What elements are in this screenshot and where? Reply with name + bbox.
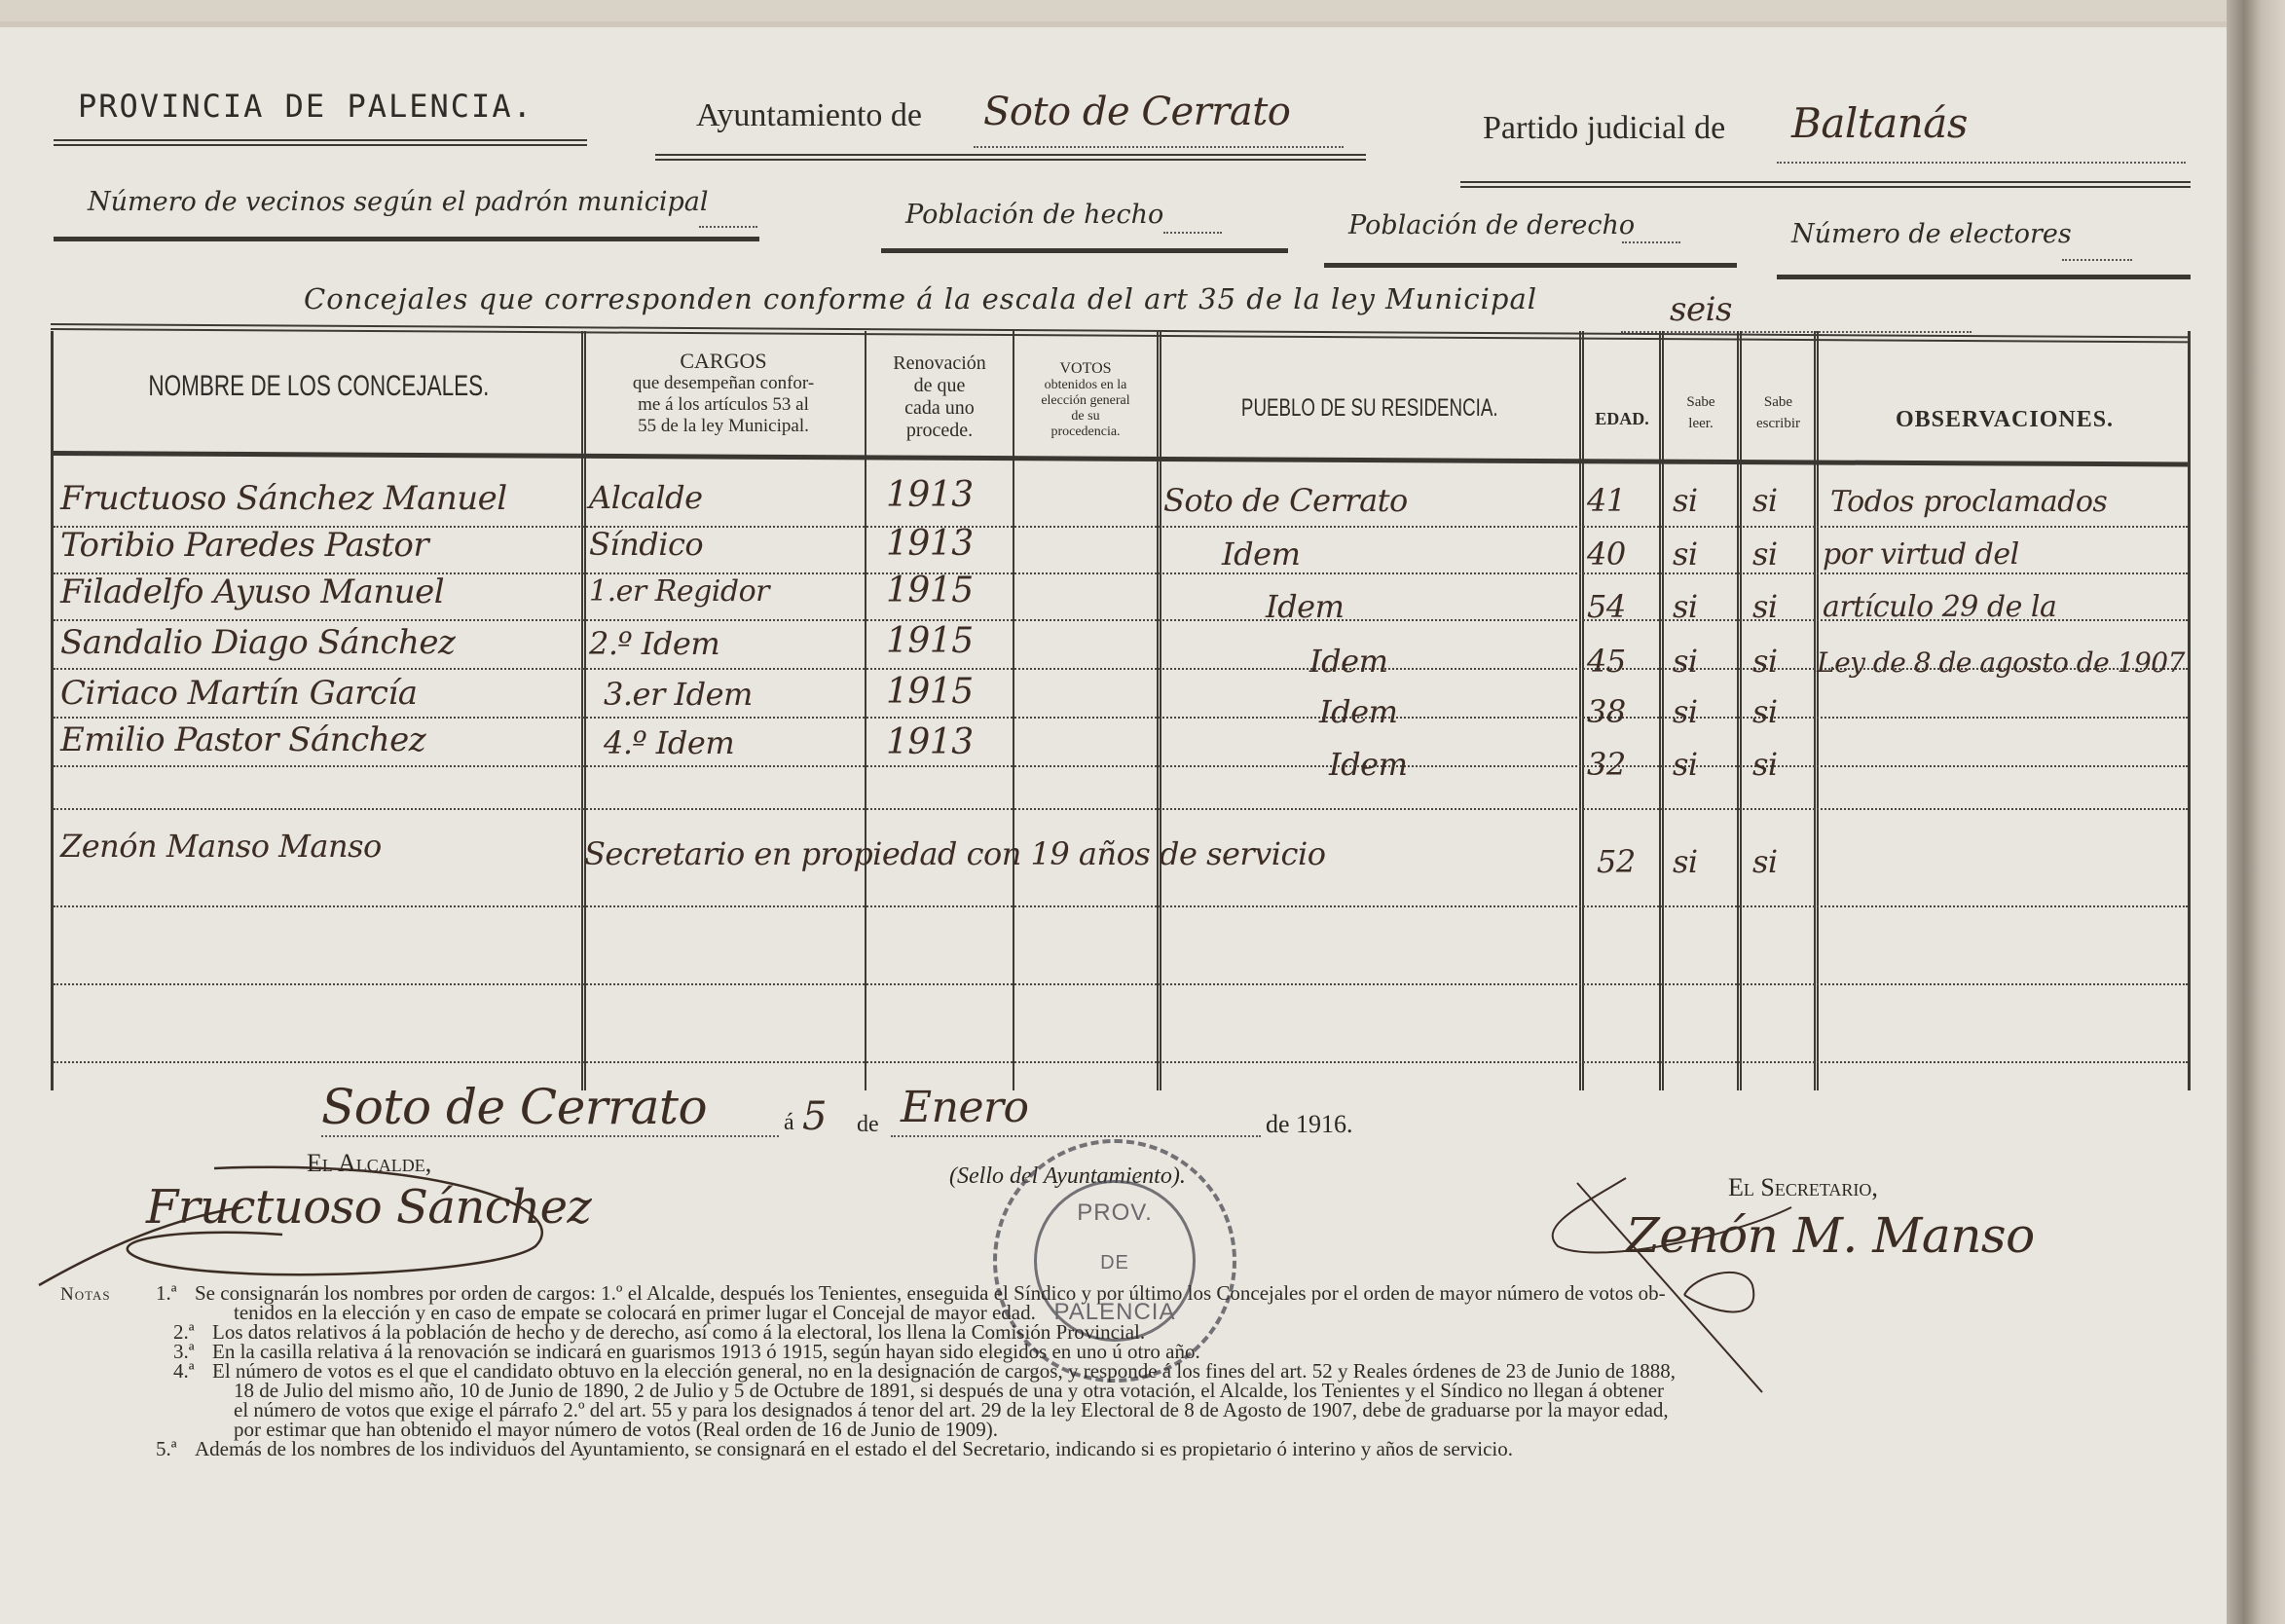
concejales-label: Concejales que corresponden conforme á l… <box>304 282 1537 315</box>
cell-nombre: Filadelfo Ayuso Manuel <box>60 572 444 611</box>
cell-escribir: si <box>1752 693 1778 730</box>
date-a: á <box>784 1110 794 1136</box>
ayuntamiento-value: Soto de Cerrato <box>983 90 1290 134</box>
header-observaciones: OBSERVACIONES. <box>1821 407 2189 434</box>
cell-leer: si <box>1673 535 1698 572</box>
divider <box>1777 275 2191 279</box>
row-rule <box>54 717 2188 719</box>
cell-cargo: 4.º Idem <box>604 724 734 761</box>
dotted-line <box>699 226 757 228</box>
row-rule <box>54 983 2188 985</box>
cell-pueblo: Idem <box>1309 643 1387 680</box>
column-divider <box>1814 331 1819 1090</box>
partido-label: Partido judicial de <box>1483 110 1725 147</box>
notes-title: Notas <box>60 1285 111 1305</box>
cell-pueblo: Idem <box>1329 746 1407 783</box>
dotted-line <box>321 1135 779 1137</box>
divider <box>655 154 1366 161</box>
date-day: 5 <box>802 1094 827 1139</box>
cell-nombre: Zenón Manso Manso <box>60 828 382 865</box>
cell-leer: si <box>1673 643 1698 680</box>
cell-pueblo: Soto de Cerrato <box>1163 482 1408 519</box>
note-item: 2.ªLos datos relativos á la población de… <box>156 1322 2200 1342</box>
cell-escribir: si <box>1752 746 1778 783</box>
cell-cargo: Síndico <box>589 526 703 563</box>
signature-flourish-icon <box>29 1149 574 1295</box>
divider <box>1460 181 2191 188</box>
date-month: Enero <box>901 1083 1029 1132</box>
cell-detalle: Secretario en propiedad con 19 años de s… <box>584 835 1325 872</box>
cell-pueblo: Idem <box>1222 535 1300 572</box>
note-item-continuation: 18 de Julio del mismo año, 10 de Junio d… <box>156 1381 2200 1400</box>
header-cargos-sub: que desempeñan confor- me á los artículo… <box>584 373 863 437</box>
header-votos-sub: obtenidos en la elección general de su p… <box>1016 378 1155 440</box>
cell-edad: 45 <box>1587 643 1626 680</box>
cell-leer: si <box>1673 746 1698 783</box>
cell-escribir: si <box>1752 482 1778 519</box>
header-sabe-escribir: Sabe escribir <box>1743 391 1814 434</box>
electores-label: Número de electores <box>1791 219 2072 249</box>
cell-cargo: 3.er Idem <box>604 676 753 713</box>
note-item-continuation: por estimar que han obtenido el mayor nú… <box>156 1420 2200 1439</box>
cell-observaciones: Todos proclamados <box>1830 485 2107 519</box>
cell-cargo: Alcalde <box>589 479 703 516</box>
cell-nombre: Sandalio Diago Sánchez <box>60 623 455 662</box>
notes-list: 1.ªSe consignarán los nombres por orden … <box>156 1283 2200 1458</box>
note-item: 1.ªSe consignarán los nombres por orden … <box>156 1283 2200 1303</box>
cell-edad: 54 <box>1587 588 1626 625</box>
province-title: PROVINCIA DE PALENCIA. <box>78 88 534 125</box>
cell-renovacion: 1913 <box>886 524 974 564</box>
cell-edad: 41 <box>1587 482 1626 519</box>
dotted-line <box>1622 241 1680 243</box>
header-nombre: NOMBRE DE LOS CONCEJALES. <box>58 370 579 404</box>
poblacion-derecho-label: Población de derecho <box>1348 210 1635 240</box>
note-item: 3.ªEn la casilla relativa á la renovació… <box>156 1342 2200 1361</box>
divider <box>1324 263 1737 268</box>
cell-pueblo: Idem <box>1266 588 1344 625</box>
dotted-line <box>1777 162 2186 164</box>
cell-leer: si <box>1673 588 1698 625</box>
cell-edad: 40 <box>1587 535 1626 572</box>
stamp-text-line: PROV. <box>997 1200 1233 1227</box>
dotted-line <box>1163 232 1222 234</box>
cell-nombre: Emilio Pastor Sánchez <box>60 720 425 759</box>
cell-observaciones: por virtud del <box>1823 537 2019 572</box>
poblacion-hecho-label: Población de hecho <box>905 200 1163 230</box>
column-divider <box>1157 331 1161 1090</box>
row-rule <box>54 765 2188 767</box>
row-rule <box>54 1061 2188 1063</box>
dotted-line <box>891 1135 1261 1137</box>
cell-renovacion: 1915 <box>886 571 974 610</box>
column-divider <box>1579 331 1584 1090</box>
column-divider <box>1737 331 1742 1090</box>
date-place: Soto de Cerrato <box>321 1079 707 1135</box>
divider <box>881 248 1288 253</box>
cell-renovacion: 1913 <box>886 722 974 762</box>
cell-nombre: Ciriaco Martín García <box>60 674 418 713</box>
dotted-line <box>2062 259 2132 261</box>
cell-renovacion: 1915 <box>886 672 974 712</box>
note-item: 5.ªAdemás de los nombres de los individu… <box>156 1439 2200 1458</box>
header-renovacion: Renovación de que cada uno procede. <box>868 352 1011 442</box>
cell-leer: si <box>1673 843 1698 880</box>
vecinos-label: Número de vecinos según el padrón munici… <box>88 187 709 217</box>
note-item: 4.ªEl número de votos es el que el candi… <box>156 1361 2200 1381</box>
cell-leer: si <box>1673 482 1698 519</box>
cell-nombre: Toribio Paredes Pastor <box>60 526 428 565</box>
header-cargos: CARGOS que desempeñan confor- me á los a… <box>584 349 863 437</box>
column-divider <box>865 331 866 1090</box>
column-divider <box>1013 331 1014 1090</box>
header-pueblo: PUEBLO DE SU RESIDENCIA. <box>1162 394 1577 424</box>
header-edad: EDAD. <box>1585 409 1659 429</box>
cell-cargo: 2.º Idem <box>589 625 719 662</box>
column-divider <box>1659 331 1664 1090</box>
cell-escribir: si <box>1752 535 1778 572</box>
cell-edad: 38 <box>1587 693 1626 730</box>
header-votos: VOTOS obtenidos en la elección general d… <box>1016 360 1155 440</box>
stamp-text-line: DE <box>997 1252 1233 1274</box>
book-edge <box>2227 0 2285 1624</box>
cell-renovacion: 1913 <box>886 475 974 515</box>
row-rule <box>54 905 2188 907</box>
dotted-line <box>974 146 1344 148</box>
cell-observaciones: Ley de 8 de agosto de 1907 <box>1817 646 2185 679</box>
cell-renovacion: 1915 <box>886 621 974 661</box>
date-year: de 1916. <box>1266 1110 1353 1139</box>
note-item-continuation: tenidos en la elección y en caso de empa… <box>156 1303 2200 1322</box>
cell-leer: si <box>1673 693 1698 730</box>
cell-edad: 32 <box>1587 746 1626 783</box>
row-rule <box>54 808 2188 810</box>
cell-edad: 52 <box>1597 843 1636 880</box>
partido-value: Baltanás <box>1791 99 1968 147</box>
cell-escribir: si <box>1752 643 1778 680</box>
cell-nombre: Fructuoso Sánchez Manuel <box>60 479 507 518</box>
cell-escribir: si <box>1752 588 1778 625</box>
cell-observaciones: artículo 29 de la <box>1823 590 2056 624</box>
concejales-value: seis <box>1670 290 1732 329</box>
cell-escribir: si <box>1752 843 1778 880</box>
divider <box>54 237 759 241</box>
cell-cargo: 1.er Regidor <box>589 574 769 609</box>
date-de: de <box>857 1112 879 1138</box>
cell-pueblo: Idem <box>1319 693 1397 730</box>
header-votos-title: VOTOS <box>1016 360 1155 378</box>
note-item-continuation: el número de votos que exige el párrafo … <box>156 1400 2200 1420</box>
header-sabe-leer: Sabe leer. <box>1665 391 1737 434</box>
ayuntamiento-label: Ayuntamiento de <box>696 97 922 134</box>
divider <box>54 139 587 146</box>
column-divider <box>581 331 586 1090</box>
header-cargos-title: CARGOS <box>584 349 863 373</box>
